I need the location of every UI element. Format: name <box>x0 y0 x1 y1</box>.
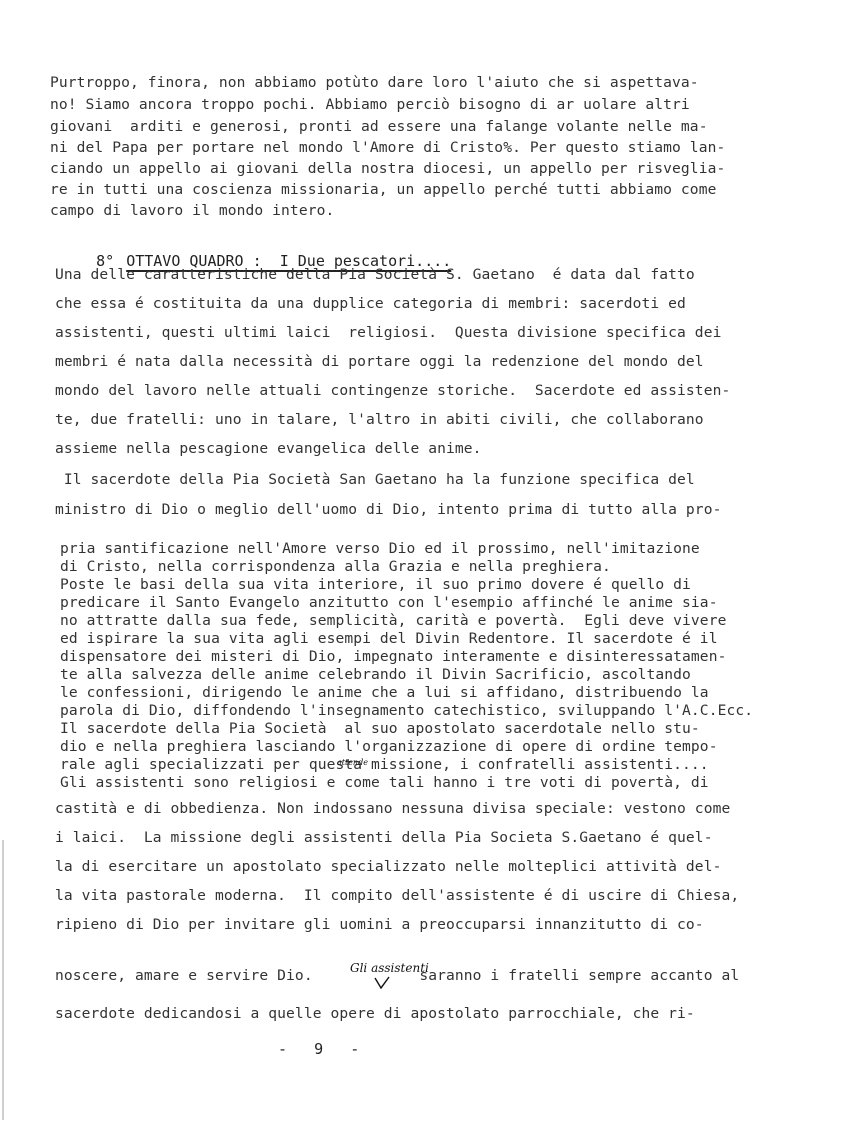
page-number: - 9 - <box>278 1040 359 1058</box>
text-line: campo di lavoro il mondo intero. <box>50 202 334 219</box>
text-line: Una delle caratteristiche della Pia Soci… <box>55 266 695 283</box>
text-line: i laici. La missione degli assistenti de… <box>55 829 713 846</box>
text-line: te alla salvezza delle anime celebrando … <box>60 666 691 683</box>
text-line: pria santificazione nell'Amore verso Dio… <box>60 540 700 557</box>
text-line: rale agli specializzati per questa missi… <box>60 756 709 773</box>
text-line: di Cristo, nella corrispondenza alla Gra… <box>60 558 611 575</box>
text-line: predicare il Santo Evangelo anzitutto co… <box>60 594 718 611</box>
text-line: membri é nata dalla necessità di portare… <box>55 353 704 370</box>
text-line: castità e di obbedienza. Non indossano n… <box>55 800 730 817</box>
text-line: le confessioni, dirigendo le anime che a… <box>60 684 709 701</box>
text-line: Gli assistenti sono religiosi e come tal… <box>60 774 709 791</box>
text-line: la vita pastorale moderna. Il compito de… <box>55 887 739 904</box>
text-line: dio e nella preghiera lasciando l'organi… <box>60 738 718 755</box>
scan-edge-shadow <box>2 840 4 1120</box>
text-line: sacerdote dedicandosi a quelle opere di … <box>55 1005 695 1022</box>
text-line: dispensatore dei misteri di Dio, impegna… <box>60 648 726 665</box>
handwritten-insert-attende: attende <box>337 758 368 767</box>
text-line: te, due fratelli: uno in talare, l'altro… <box>55 411 704 428</box>
text-line: ripieno di Dio per invitare gli uomini a… <box>55 916 704 933</box>
text-line: Il sacerdote della Pia Società al suo ap… <box>60 720 700 737</box>
text-line: ministro di Dio o meglio dell'uomo di Di… <box>55 501 721 518</box>
text-line: ni del Papa per portare nel mondo l'Amor… <box>50 139 725 156</box>
text-line: re in tutti una coscienza missionaria, u… <box>50 181 716 198</box>
text-line: la di esercitare un apostolato specializ… <box>55 858 721 875</box>
text-line: parola di Dio, diffondendo l'insegnament… <box>60 702 753 719</box>
text-line: assistenti, questi ultimi laici religios… <box>55 324 721 341</box>
text-line: ciando un appello ai giovani della nostr… <box>50 160 725 177</box>
typewritten-page: Purtroppo, finora, non abbiamo potùto da… <box>0 0 859 1125</box>
text-line: che essa é costituita da una dupplice ca… <box>55 295 686 312</box>
text-line: assieme nella pescagione evangelica dell… <box>55 440 482 457</box>
insertion-caret-icon <box>374 976 390 990</box>
text-line: mondo del lavoro nelle attuali contingen… <box>55 382 730 399</box>
text-line: ed ispirare la sua vita agli esempi del … <box>60 630 718 647</box>
text-line: no! Siamo ancora troppo pochi. Abbiamo p… <box>50 96 690 113</box>
text-line: Purtroppo, finora, non abbiamo potùto da… <box>50 74 699 91</box>
text-line: no attratte dalla sua fede, semplicità, … <box>60 612 726 629</box>
text-line: giovani arditi e generosi, pronti ad ess… <box>50 118 708 135</box>
text-line: Poste le basi della sua vita interiore, … <box>60 576 691 593</box>
text-line: Il sacerdote della Pia Società San Gaeta… <box>55 471 695 488</box>
handwritten-insert-gli-assistenti: Gli assistenti <box>350 961 429 975</box>
